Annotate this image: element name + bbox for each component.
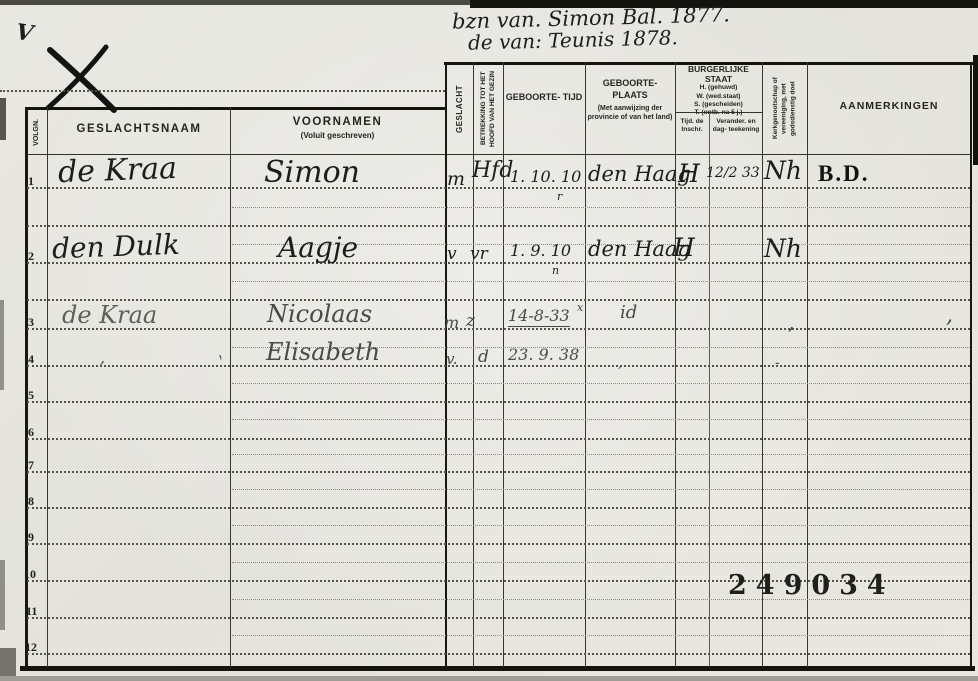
x-mark bbox=[38, 44, 128, 116]
row-line-3 bbox=[27, 328, 970, 330]
row-line bbox=[27, 299, 970, 301]
row3-birthplace: id bbox=[620, 304, 637, 322]
row3-surname: de Kraa bbox=[62, 303, 157, 327]
row-line bbox=[27, 225, 970, 227]
row4-relation: d bbox=[478, 349, 489, 366]
row-number-9: 9 bbox=[28, 530, 34, 545]
row3-firstname: Nicolaas bbox=[267, 302, 372, 326]
row-number-6: 6 bbox=[28, 425, 34, 440]
row-line-9 bbox=[27, 543, 970, 545]
checkmark: V bbox=[15, 21, 35, 45]
row-line bbox=[232, 635, 970, 636]
row1-surname: de Kraa bbox=[58, 154, 178, 188]
row2-birthdate-mark: n bbox=[552, 265, 559, 276]
scan-speck bbox=[0, 648, 16, 676]
col-header-geboortetijd: GEBOORTE- TIJD bbox=[505, 88, 583, 108]
row-number-2: 2 bbox=[28, 249, 34, 264]
table-border bbox=[25, 107, 446, 110]
row1-birthdate-mark: r bbox=[557, 191, 562, 202]
row1-birthdate: 1. 10. 10 bbox=[510, 169, 581, 185]
row-number-1: 1 bbox=[28, 174, 34, 189]
scan-speck bbox=[0, 98, 6, 140]
col-header-verander: Verander. en dag- teekening bbox=[711, 118, 761, 134]
scan-speck bbox=[0, 560, 5, 630]
burgstaat-s: S. (gescheiden) bbox=[676, 101, 761, 109]
col-header-aanmerkingen: AANMERKINGEN bbox=[810, 100, 968, 113]
geboorteplaats-sub: (Met aanwijzing der provincie of van het… bbox=[587, 104, 673, 122]
stamp-number: 249034 bbox=[728, 570, 895, 601]
row4-surname-ditto1: , bbox=[100, 350, 105, 366]
row-number-12: 12 bbox=[25, 640, 37, 655]
row3-annotation-mark: , bbox=[946, 305, 953, 327]
table-border-left bbox=[25, 107, 28, 667]
row-line-12 bbox=[27, 653, 970, 655]
col-header-burgerlijke-staat: BURGERLIJKE STAAT H. (gehuwd) W. (wed.st… bbox=[676, 64, 761, 117]
row-line bbox=[232, 281, 970, 282]
row2-church: Nh bbox=[764, 236, 802, 261]
col-line bbox=[47, 107, 48, 667]
voornamen-title: VOORNAMEN bbox=[232, 115, 443, 129]
row-number-3: 3 bbox=[28, 315, 34, 330]
row-line bbox=[232, 383, 970, 384]
row1-relation: Hfd bbox=[472, 160, 513, 182]
row1-annotation-bd: B.D. bbox=[818, 161, 869, 187]
row-line bbox=[232, 489, 970, 490]
row-number-5: 5 bbox=[28, 388, 34, 403]
row-number-10: 10 bbox=[24, 567, 36, 582]
col-header-kerkgenootschap: Kerkgenootschap of vereeniging, met gods… bbox=[764, 63, 806, 154]
row2-civil-state: H bbox=[673, 235, 695, 260]
row1-civil-state-date: 12/2 33 bbox=[706, 166, 760, 180]
row3-birthdate: 14-8-33 bbox=[508, 308, 570, 327]
row4-birthplace-ditto: , bbox=[618, 356, 622, 370]
row3-sex: m bbox=[444, 315, 459, 331]
row4-firstname: Elisabeth bbox=[266, 340, 380, 364]
row-line bbox=[232, 562, 970, 563]
burgstaat-t: T. (ontb. na 5 j.) bbox=[676, 109, 761, 117]
row1-firstname: Simon bbox=[264, 158, 360, 188]
population-register-card: bzn van. Simon Bal. 1877. de van: Teunis… bbox=[0, 0, 978, 681]
row2-sex: v bbox=[447, 246, 457, 263]
table-border-bottom bbox=[20, 666, 975, 671]
burgstaat-h: H. (gehuwd) bbox=[676, 84, 761, 92]
row3-birthdate-mark: x bbox=[577, 302, 583, 313]
scan-edge-right bbox=[973, 55, 978, 165]
ruled-line bbox=[0, 90, 445, 92]
row2-relation: vr bbox=[470, 246, 488, 263]
row1-birthplace: den Haag bbox=[588, 164, 691, 185]
row2-firstname: Aagje bbox=[278, 234, 358, 262]
col-header-geboorteplaats: GEBOORTE- PLAATS (Met aanwijzing der pro… bbox=[587, 78, 673, 123]
voornamen-sub: (Voluit geschreven) bbox=[232, 131, 443, 141]
row-line-6 bbox=[27, 438, 970, 440]
row-line-11 bbox=[27, 617, 970, 619]
row-line-8 bbox=[27, 507, 970, 509]
row-number-7: 7 bbox=[28, 458, 34, 473]
row2-birthdate: 1. 9. 10 bbox=[510, 243, 571, 259]
table-border-right bbox=[970, 62, 972, 667]
row3-church-mark: , bbox=[788, 312, 794, 332]
burgstaat-title: BURGERLIJKE STAAT bbox=[676, 64, 761, 84]
row-line-5 bbox=[27, 401, 970, 403]
row1-sex: m bbox=[447, 170, 465, 189]
col-header-tijd-inschr: Tijd. de Inschr. bbox=[676, 118, 708, 134]
row-line bbox=[232, 525, 970, 526]
col-line bbox=[709, 112, 710, 667]
row3-relation: z bbox=[466, 313, 475, 330]
row-line-1 bbox=[27, 187, 970, 189]
row-line bbox=[232, 207, 970, 208]
top-note-line2: de van: Teunis 1878. bbox=[468, 27, 678, 52]
row4-church-mark: - bbox=[775, 356, 780, 370]
row-number-11: 11 bbox=[26, 604, 37, 619]
geboorteplaats-title: GEBOORTE- PLAATS bbox=[587, 78, 673, 101]
row-line-2 bbox=[27, 262, 970, 264]
row-line-4 bbox=[27, 365, 970, 367]
col-header-geslachtsnaam: GESLACHTSNAAM bbox=[50, 122, 228, 136]
row4-surname-ditto2: , bbox=[209, 347, 225, 360]
row-line bbox=[232, 419, 970, 420]
row2-surname: den Dulk bbox=[52, 231, 181, 263]
col-header-betrekking: BETREKKING TOT HET HOOFD VAN HET GEZIN bbox=[475, 64, 502, 153]
col-header-geslacht: GESLACHT bbox=[448, 64, 472, 153]
row-line bbox=[232, 454, 970, 455]
row-number-8: 8 bbox=[28, 494, 34, 509]
scan-edge-bottom bbox=[0, 676, 978, 681]
row1-civil-state: H bbox=[678, 161, 700, 186]
col-header-volgnr: VOLGN. bbox=[27, 110, 46, 154]
row-number-4: 4 bbox=[28, 352, 34, 367]
col-line bbox=[230, 107, 231, 667]
row4-sex: v. bbox=[446, 352, 457, 367]
scan-speck bbox=[0, 300, 4, 390]
row-line-7 bbox=[27, 471, 970, 473]
burgstaat-w: W. (wed.staat) bbox=[676, 93, 761, 101]
col-header-voornamen: VOORNAMEN (Voluit geschreven) bbox=[232, 115, 443, 141]
row1-church: Nh bbox=[764, 158, 802, 183]
row4-birthdate: 23. 9. 38 bbox=[508, 347, 579, 363]
